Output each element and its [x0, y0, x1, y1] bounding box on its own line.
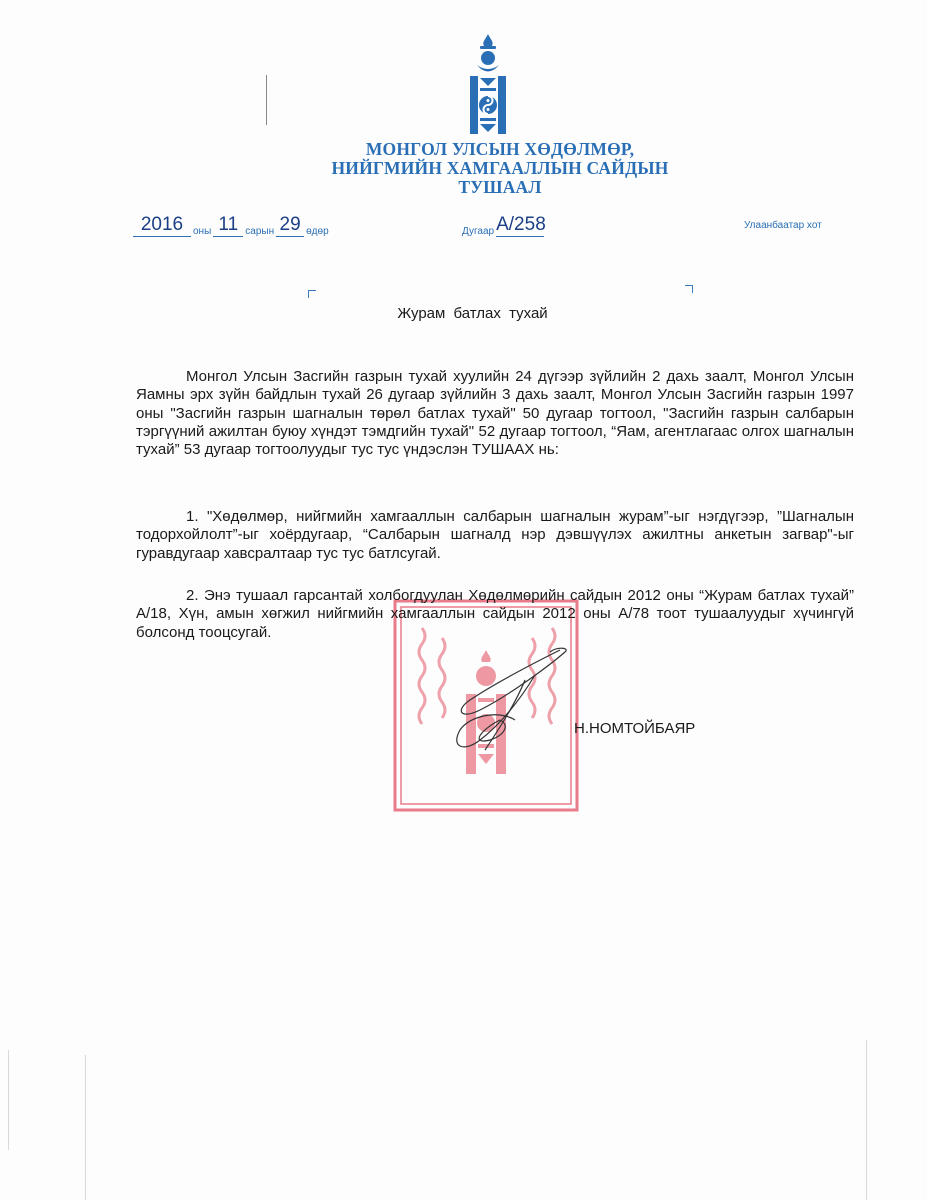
document-subject: Журам батлах тухай — [0, 305, 927, 322]
org-title: МОНГОЛ УЛСЫН ХӨДӨЛМӨР, НИЙГМИЙН ХАМГААЛЛ… — [300, 140, 700, 197]
number-value: А/258 — [496, 214, 544, 236]
month-field: 11 — [213, 218, 243, 237]
city-label: Улаанбаатар хот — [744, 220, 822, 231]
year-label: оны — [193, 226, 211, 237]
corner-mark-icon — [308, 290, 316, 298]
year-value: 2016 — [133, 214, 191, 236]
day-label: өдөр — [306, 226, 329, 237]
handwritten-signature-icon — [440, 640, 600, 760]
scan-artifact-line — [8, 1050, 9, 1150]
date-line: 2016оны11сарын29өдөр — [133, 218, 331, 237]
number-label: Дугаар — [462, 226, 494, 237]
paragraph-item-1: 1. "Хөдөлмөр, нийгмийн хамгааллын салбар… — [136, 508, 854, 563]
month-label: сарын — [245, 226, 274, 237]
order-number: ДугаарА/258 — [460, 218, 544, 237]
scan-artifact-line — [85, 1055, 86, 1200]
org-title-line: МОНГОЛ УЛСЫН ХӨДӨЛМӨР, — [300, 140, 700, 159]
day-field: 29 — [276, 218, 304, 237]
scan-artifact-line — [866, 1040, 867, 1200]
org-title-line: НИЙГМИЙН ХАМГААЛЛЫН САЙДЫН — [300, 159, 700, 178]
signer-name: Н.НОМТОЙБАЯР — [574, 720, 695, 737]
corner-mark-icon — [685, 285, 693, 293]
paragraph-preamble: Монгол Улсын Засгийн газрын тухай хуулий… — [136, 368, 854, 459]
month-value: 11 — [213, 214, 243, 236]
scan-artifact-line — [266, 75, 267, 125]
day-value: 29 — [276, 214, 304, 236]
paragraph-item-2: 2. Энэ тушаал гарсантай холбогдуулан Хөд… — [136, 587, 854, 642]
org-title-line: ТУШААЛ — [300, 178, 700, 197]
year-field: 2016 — [133, 218, 191, 237]
number-field: А/258 — [496, 218, 544, 237]
soyombo-emblem-icon — [468, 32, 508, 142]
